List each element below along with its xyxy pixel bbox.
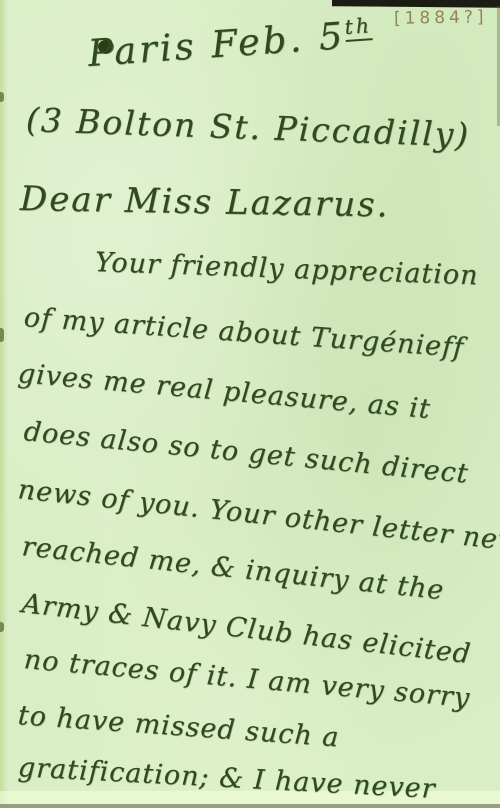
date-superscript: th xyxy=(344,13,373,42)
salutation: Dear Miss Lazarus. xyxy=(20,179,390,225)
letter-body-line: Your friendly appreciation xyxy=(94,247,479,291)
letter-body-line: does also so to get such direct xyxy=(23,416,470,490)
paper-edge-bottom-shadow xyxy=(0,804,500,808)
handwritten-letter-scan: [1884?] Paris Feb. 5th (3 Bolton St. Pic… xyxy=(0,0,500,808)
address-line: (3 Bolton St. Piccadilly) xyxy=(25,100,471,154)
paper-edge-nick xyxy=(0,622,4,632)
paper-edge-nick xyxy=(0,92,4,102)
paper-edge-left xyxy=(0,0,8,808)
paper-edge-nick xyxy=(0,328,4,342)
letter-body-line: of my article about Turgénieff xyxy=(23,302,465,364)
dateline: Paris Feb. 5th xyxy=(87,12,374,75)
letter-body-line: gives me real pleasure, as it xyxy=(17,358,432,425)
letter-body-line: to have missed such a xyxy=(17,700,341,753)
dateline-text: Paris Feb. 5 xyxy=(87,14,347,75)
archival-date-annotation: [1884?] xyxy=(394,7,488,29)
